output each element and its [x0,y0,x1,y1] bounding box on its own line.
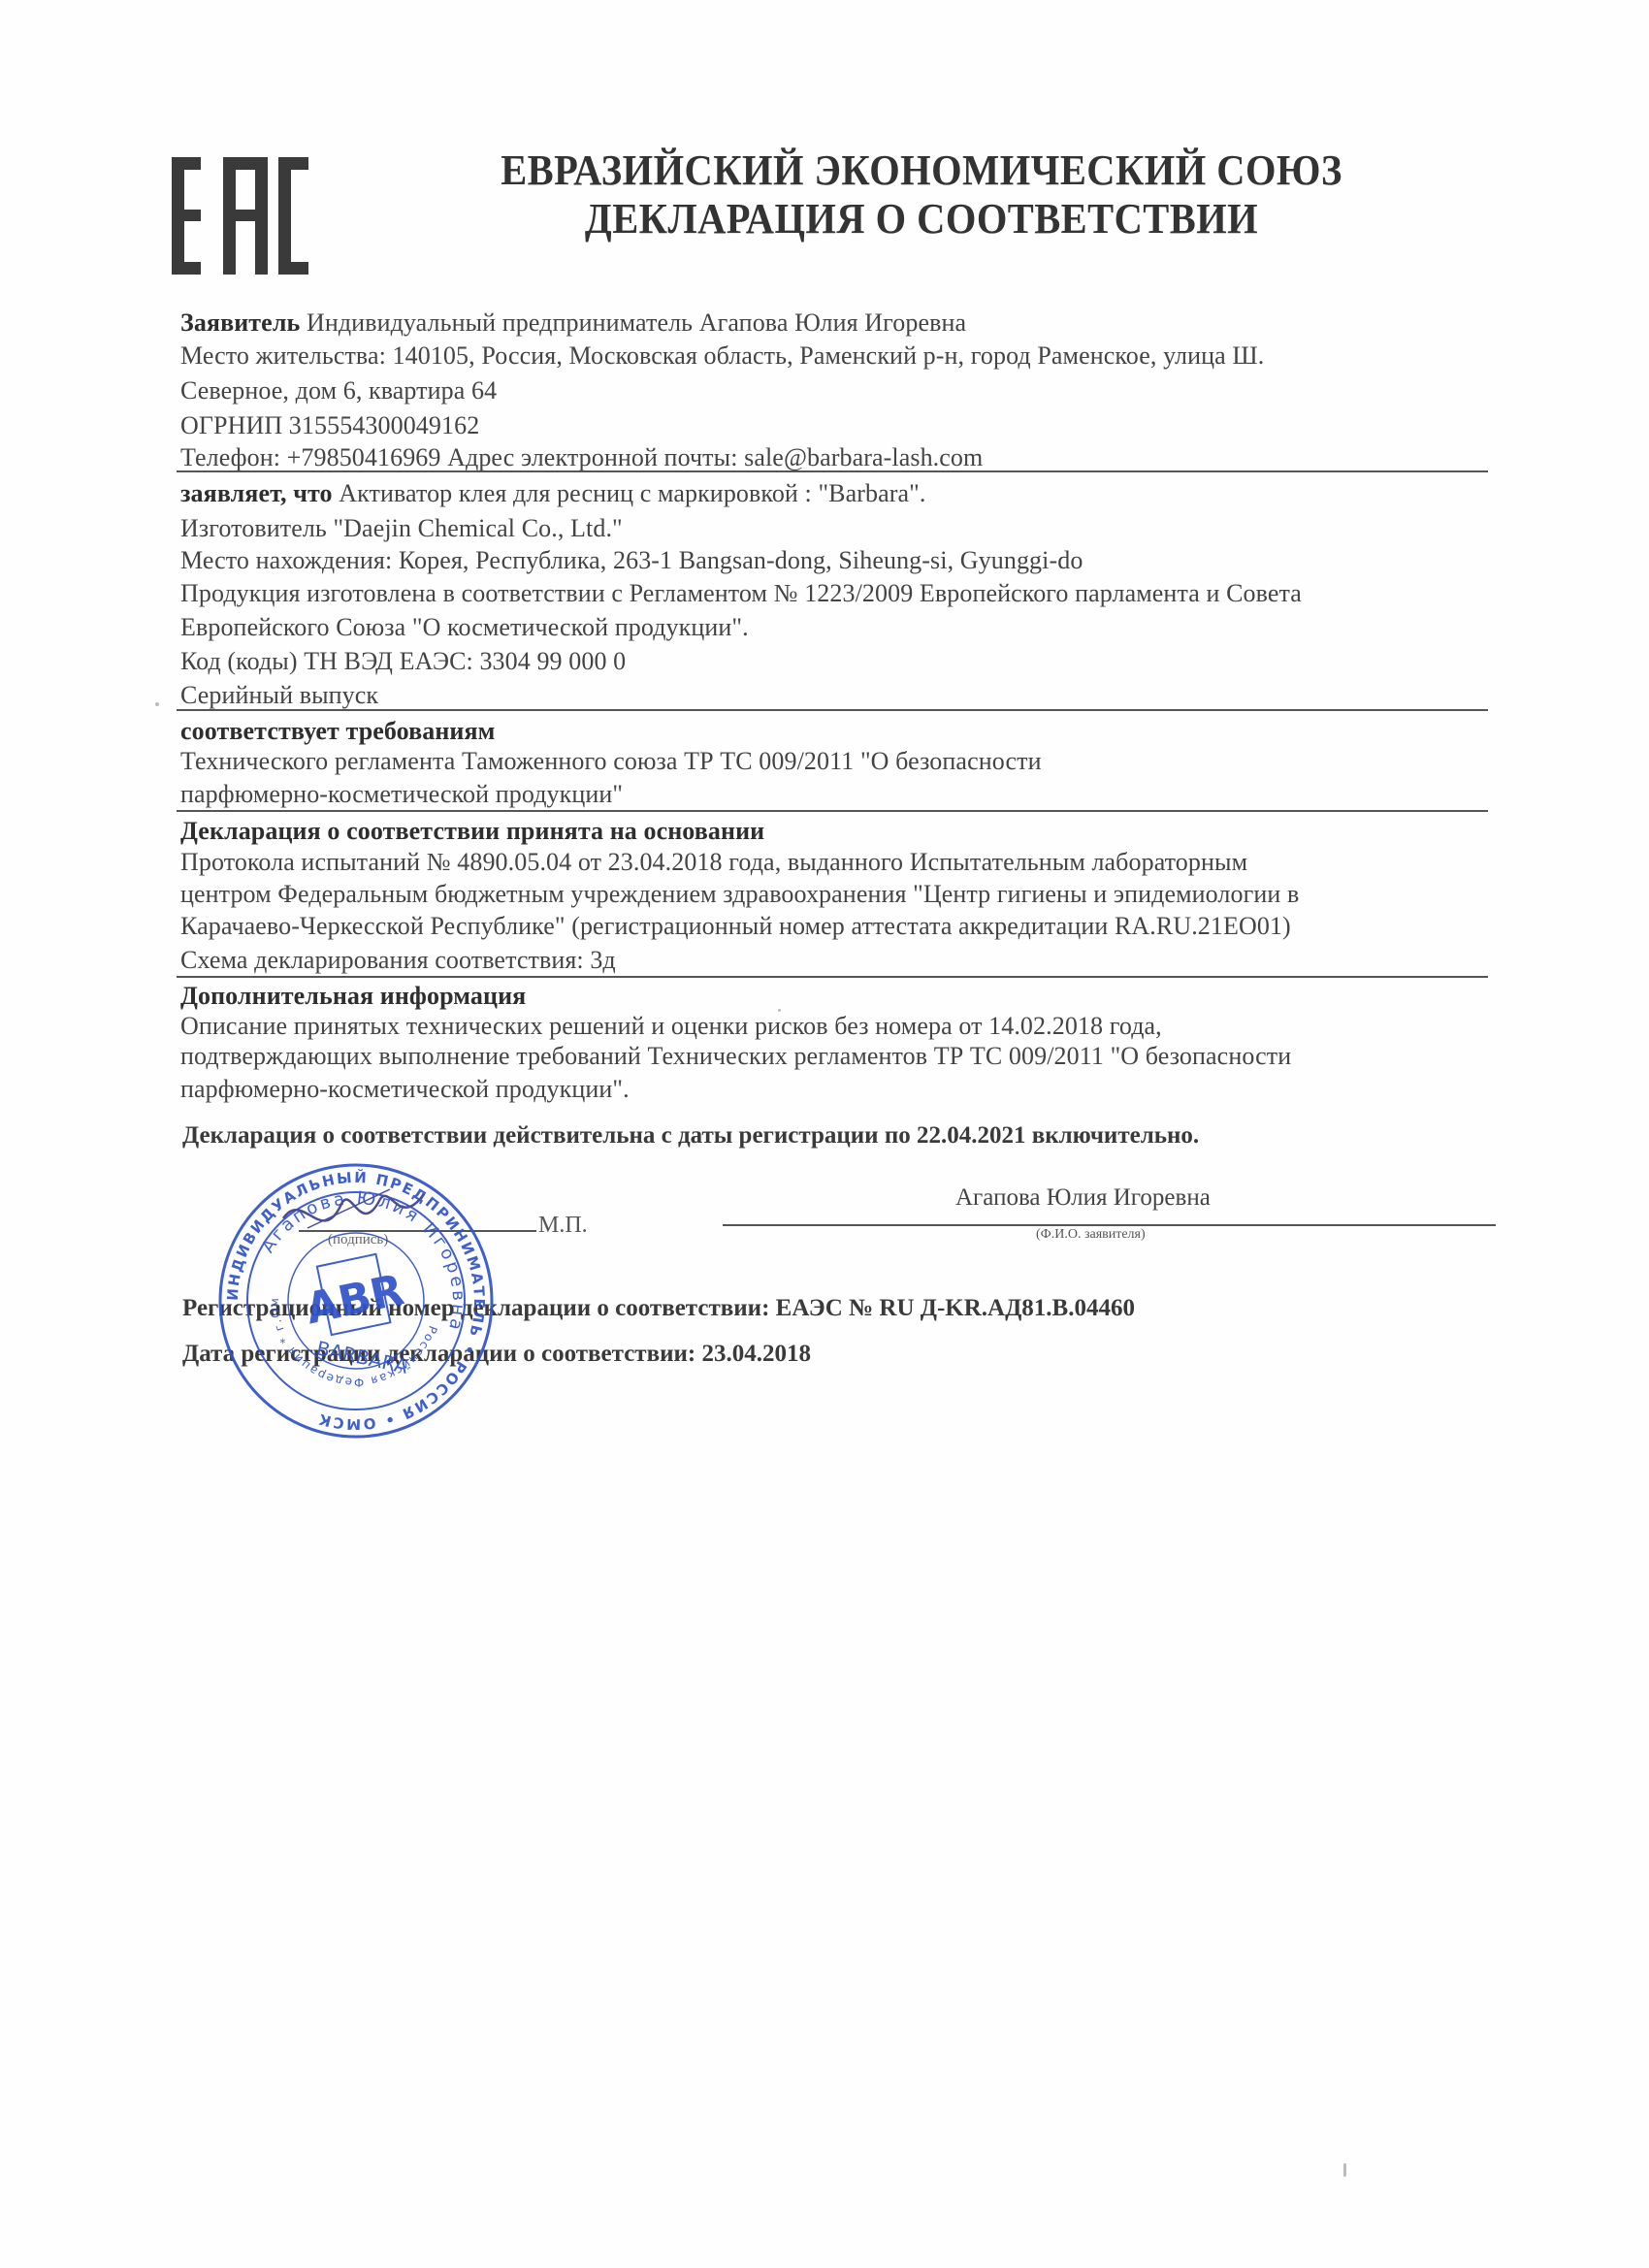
hs-code: Код (коды) ТН ВЭД ЕАЭС: 3304 99 000 0 [180,647,626,676]
requirements-heading: соответствует требованиям [180,717,496,746]
eac-mark-icon [170,155,310,276]
stamp-monogram: ABR [302,1265,408,1334]
product-value: Активатор клея для ресниц с маркировкой … [333,479,926,507]
regulation-line1: Продукция изготовлена в соответствии с Р… [180,579,1302,608]
basis-line2: центром Федеральным бюджетным учреждение… [180,880,1299,909]
manufacturer: Изготовитель "Daejin Chemical Co., Ltd." [180,514,623,543]
additional-line1: Описание принятых технических решений и … [180,1012,1162,1041]
title-declaration: ДЕКЛАРАЦИЯ О СООТВЕТСТВИИ [395,194,1448,243]
divider [177,976,1488,978]
additional-heading: Дополнительная информация [180,982,526,1011]
validity-statement: Декларация о соответствии действительна … [182,1122,1199,1150]
seal-label: М.П. [538,1213,588,1239]
title-union: ЕВРАЗИЙСКИЙ ЭКОНОМИЧЕСКИЙ СОЮЗ [395,146,1448,195]
scan-speck [155,702,159,706]
eac-logo [170,155,310,276]
name-line [723,1224,1496,1226]
applicant-contacts: Телефон: +79850416969 Адрес электронной … [180,443,983,472]
applicant-label: Заявитель [180,308,300,337]
basis-line3: Карачаево-Черкесской Республике" (регист… [180,912,1291,941]
name-caption: (Ф.И.О. заявителя) [1036,1227,1146,1243]
stamp-seal-icon: ИНДИВИДУАЛЬНЫЙ ПРЕДПРИНИМАТЕЛЬ • РОССИЯ … [215,1160,497,1442]
scan-speck [778,1009,781,1012]
divider [177,709,1488,711]
basis-line1: Протокола испытаний № 4890.05.04 от 23.0… [180,848,1247,877]
declaration-page: ЕВРАЗИЙСКИЙ ЭКОНОМИЧЕСКИЙ СОЮЗ ДЕКЛАРАЦИ… [0,0,1649,2268]
product-label: заявляет, что [180,479,333,507]
requirements-label: соответствует требованиям [180,717,496,745]
applicant-address-line1: Место жительства: 140105, Россия, Москов… [180,341,1264,371]
manufacturer-location: Место нахождения: Корея, Республика, 263… [180,546,1083,575]
applicant-line: Заявитель Индивидуальный предприниматель… [180,308,966,338]
basis-label: Декларация о соответствии принята на осн… [180,817,764,845]
release-type: Серийный выпуск [180,681,378,710]
applicant-name: Агапова Юлия Игоревна [955,1184,1211,1212]
additional-line3: парфюмерно-косметической продукции". [180,1075,630,1104]
divider [177,470,1488,472]
applicant-address-line2: Северное, дом 6, квартира 64 [180,376,497,405]
applicant-value: Индивидуальный предприниматель Агапова Ю… [300,308,966,337]
additional-label: Дополнительная информация [180,982,526,1010]
applicant-ogrnip: ОГРНИП 315554300049162 [180,411,479,440]
product-line: заявляет, что Активатор клея для ресниц … [180,479,925,508]
declaration-scheme: Схема декларирования соответствия: 3д [180,946,616,975]
company-stamp: ИНДИВИДУАЛЬНЫЙ ПРЕДПРИНИМАТЕЛЬ • РОССИЯ … [215,1160,497,1442]
divider [177,810,1488,812]
additional-line2: подтверждающих выполнение требований Тех… [180,1042,1291,1071]
requirements-line1: Технического регламента Таможенного союз… [180,747,1042,776]
basis-heading: Декларация о соответствии принята на осн… [180,817,764,846]
scan-speck [1343,2163,1346,2177]
requirements-line2: парфюмерно-косметической продукции" [180,780,623,809]
regulation-line2: Европейского Союза "О косметической прод… [180,613,749,642]
